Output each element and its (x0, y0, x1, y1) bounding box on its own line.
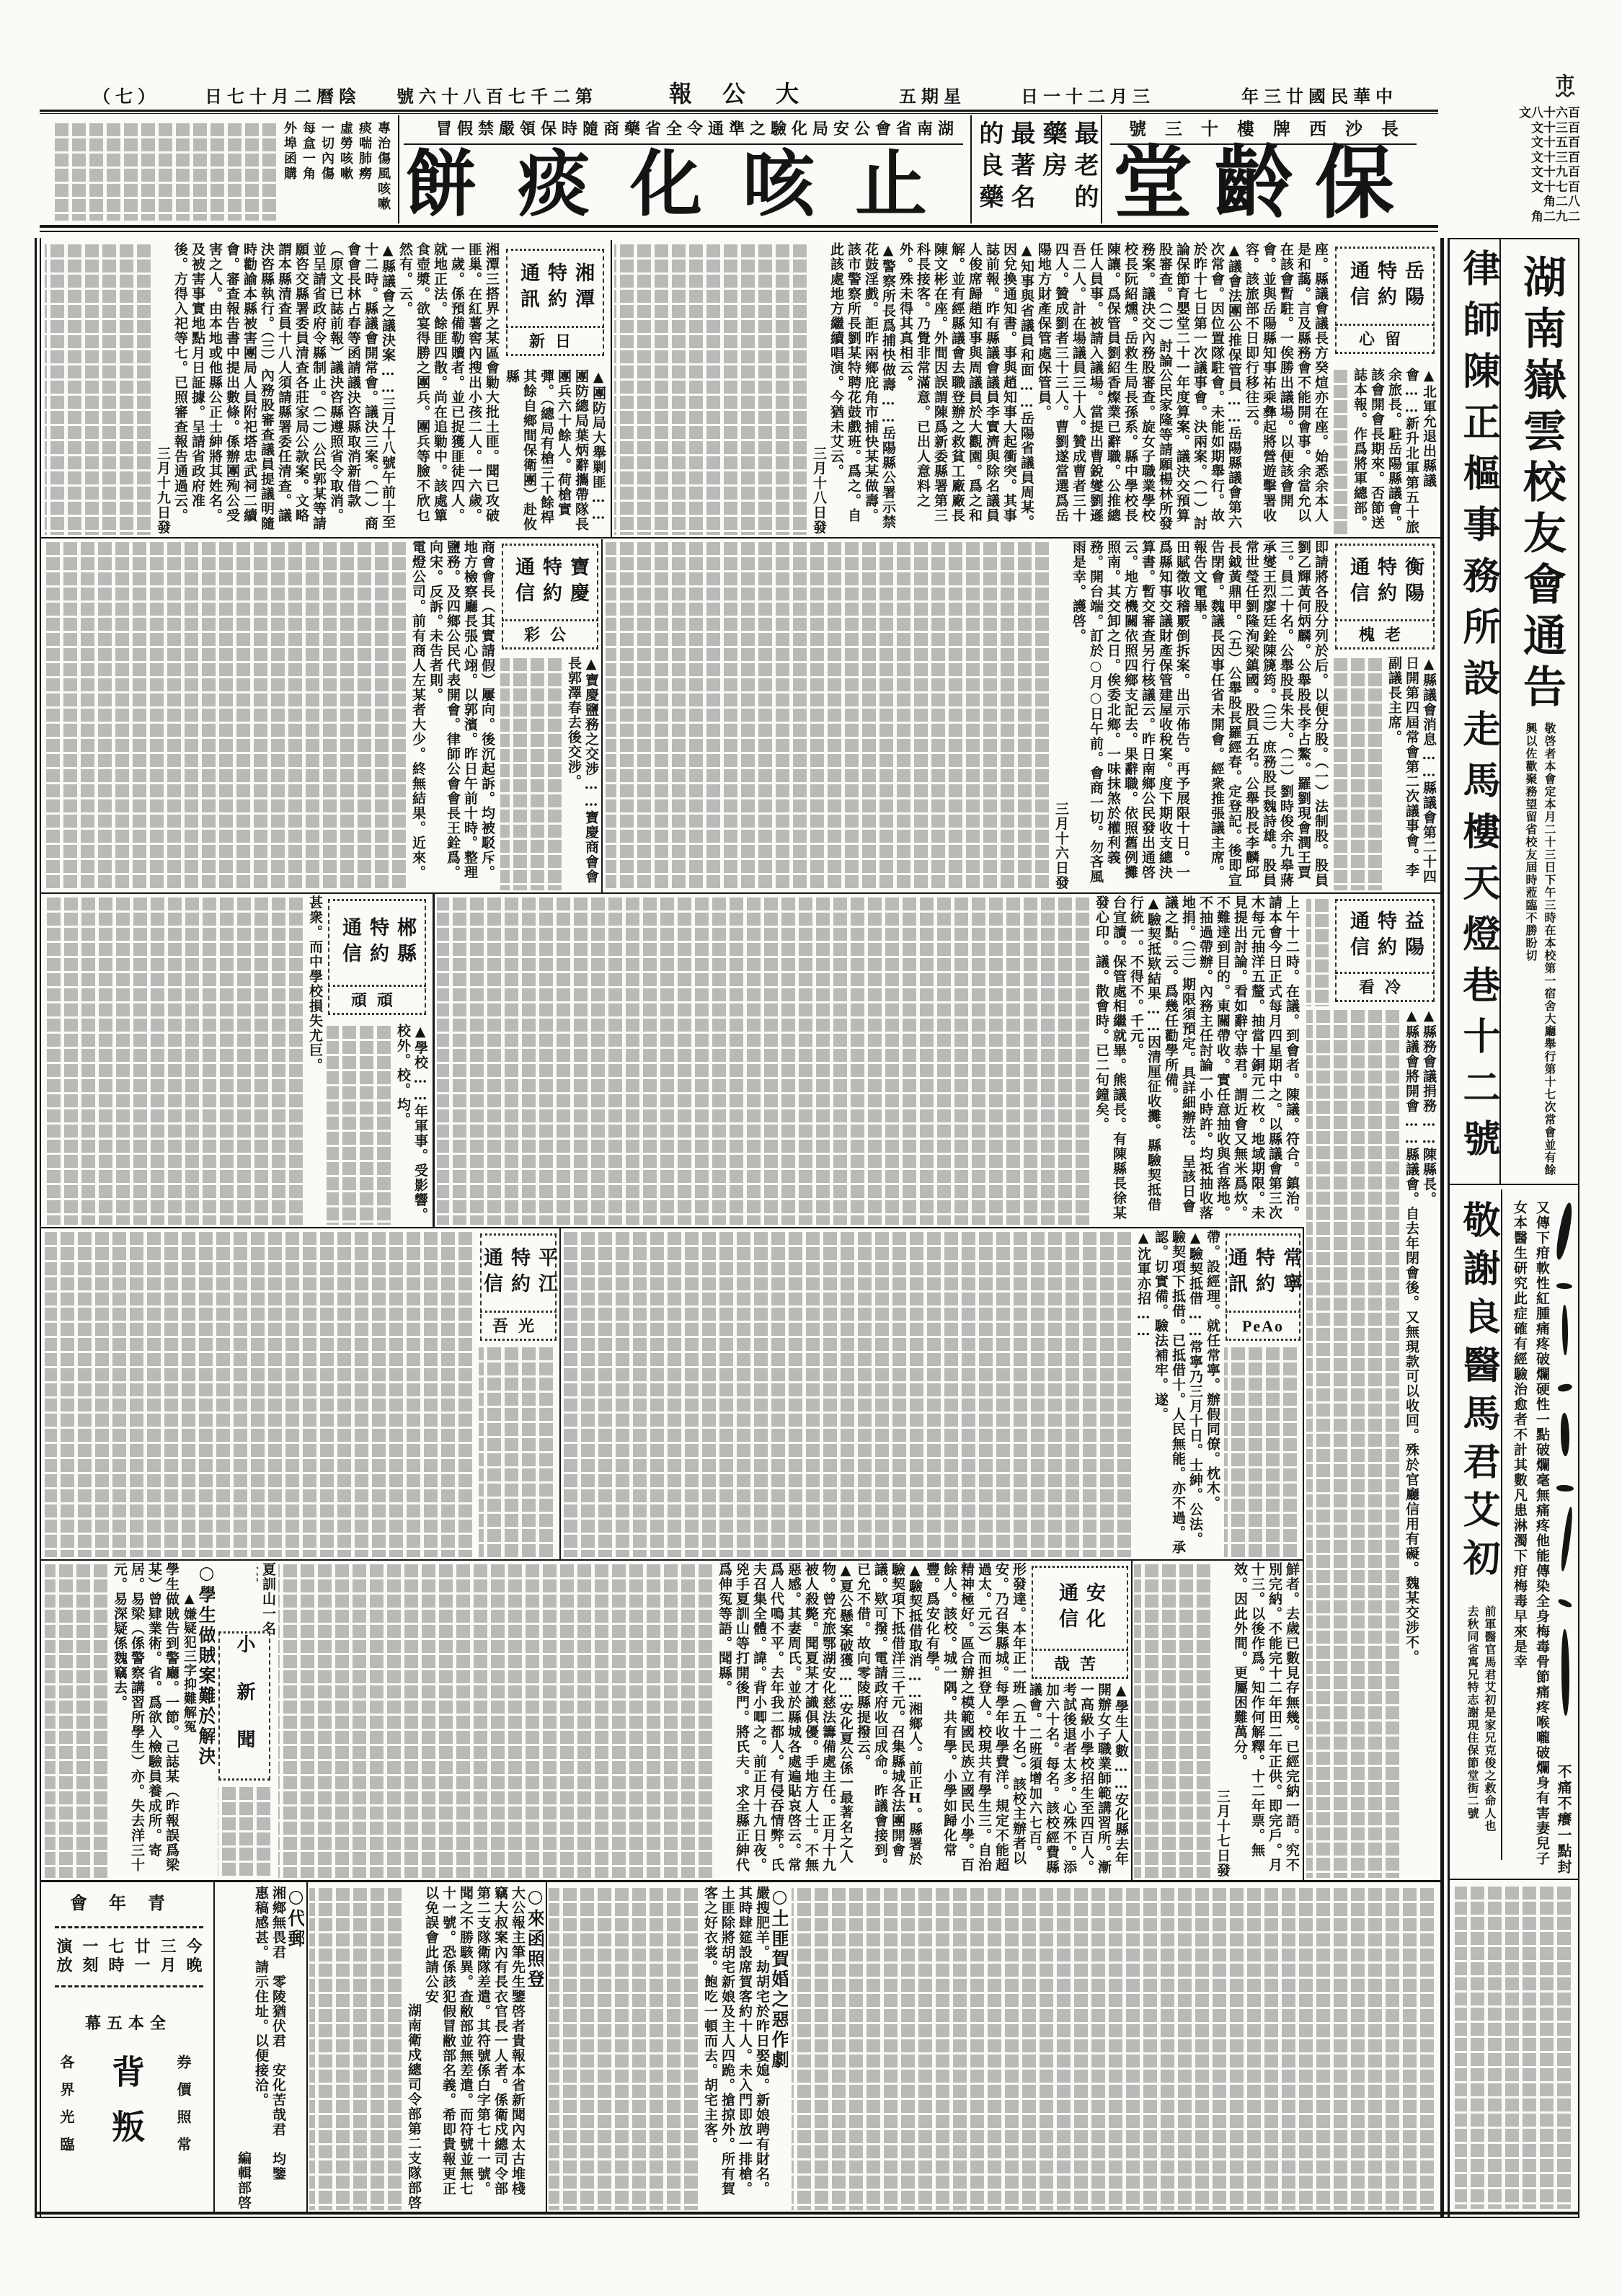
article: ▲議會法團公推保管員……岳陽縣議會第六次常會。因位置隊駐會。未能如期舉行。故於昨… (1035, 242, 1243, 535)
market-price-item: 百三十文 (1508, 151, 1580, 166)
clinic-ad-tagline: 不痛不癢一點封 (1553, 1764, 1574, 1879)
illegible-text-texture (45, 242, 154, 535)
year: 中華民國廿三年 (1241, 87, 1398, 107)
right-column-divider (1450, 1879, 1579, 1880)
small-news-title: 小新聞 (234, 1634, 255, 1778)
small-news-text: ○學生做賊案難於解決 ▲嫌疑犯三字抑難解冤 學生做賊告到警廳。一節。己誌某（昨報… (45, 1562, 215, 1878)
text-columns: 形發達。本年正一班（五十名）。該校主辦者以安。乃召集縣城。每學年收學費洋。規定不… (716, 1562, 1027, 1878)
article: ○學生做賊案難於解決 ▲嫌疑犯三字抑難解冤 學生做賊告到警廳。一節。己誌某（昨報… (111, 1562, 215, 1878)
schedule-item: 演放 (50, 1938, 76, 1975)
band-rule (41, 537, 1440, 538)
brush-stroke-icon (1562, 1305, 1568, 1355)
xiangtan-header-box: 湘潭特約通訊 (506, 249, 604, 328)
article: ▲北軍允退出縣議會……新升北軍第五十旅余旅長。駐岳陽縣議會。該會開會長期來。否節… (1351, 368, 1437, 535)
xiangtan-under-box-text: ▲團防局大舉剿匪……團防總局葉炳辭攜帶隊長團兵六十餘人。荷槍實彈。（總局有槍三十… (505, 369, 607, 535)
market-price-item: 百七十文 (1508, 180, 1580, 195)
text-columns: ▲縣務會議捐務……陳縣長。 ▲縣議會將開會……縣議會。自去年閉會後。又無現款可以… (1403, 1008, 1437, 1878)
article: ▲驗契抵借……常寧乃三月十日。士紳。公法。驗契項下抵借。已抵借十。人民無能。亦不… (1152, 1230, 1204, 1557)
ad-column: 痰喘肺癆 (355, 121, 373, 221)
certification-strip: 湖南省會公安局化驗之準通令全省藥商隨時保領嚴禁假冒 (404, 118, 959, 141)
section-title: 益陽特約通信 (1344, 910, 1426, 962)
article-body: 座。縣議會議長方癸煊亦在座。始悉余本人是和藹。言及縣務會不能開會事。余當允以在該… (1244, 242, 1329, 523)
lawyer-office-ad: 律師陳正樞事務所設走馬樓天燈巷十二號 (1458, 249, 1498, 1179)
dateline: 三月十八日發 (810, 242, 828, 535)
band-rule (41, 1880, 1440, 1882)
slogan-column: 最老的 (1068, 120, 1100, 221)
thanks-ad-title: 敬謝良醫馬君艾初 (1458, 1200, 1498, 1590)
text-columns: 即請將各股分列於后。以便分股。（一）法制股。股員劉乙輝黃何炳麟。公舉股長李占鰲。… (1052, 540, 1329, 890)
small-news-box: 小新聞 (218, 1631, 270, 1781)
article-headline: ○學生做賊案難於解決 (196, 1562, 215, 1767)
schedule-item: 七時 (102, 1938, 128, 1975)
schedule-item: 廿一 (128, 1938, 154, 1975)
article: ▲知事與省議員和面……岳陽省議員周某。因兌換通知書。事與趙知事大起衝突。其事誌前… (897, 242, 1035, 535)
dateline: 三月十六日發 (1052, 540, 1070, 890)
article: 電燈公司。前有商人左某者大少。終無結果。近來。 (409, 540, 427, 890)
ad-bottom-rule-thin (40, 231, 1438, 232)
thanks-ad-body: 前軍醫官馬君艾初是家兄克俊之救命人也去秋同省寓兄特志謝現住保節堂街二號 (1455, 1605, 1498, 1843)
bottom-border-thin (35, 2217, 1579, 2218)
correspondent-name: 日新 (506, 329, 604, 356)
column-rule (559, 1228, 561, 1559)
illegible-text-texture (1224, 1345, 1300, 1557)
text-columns: ▲學校……年軍事。受影響。校外。校。均。 (394, 1024, 429, 1225)
brush-stroke-icon (1554, 1202, 1575, 1260)
article: ▲縣議會將開會……縣議會。自去年閉會後。又無現款可以收回。殊於官廳信用有礙。魏某… (1403, 1008, 1420, 1878)
xiangtan-main-text: 湘潭三搭界之某區會勦大批土匪。聞已攻破匪巢。在紅薯窖內搜出小孩二人。一六歲。一歲… (45, 242, 500, 535)
article-headline: ▲驗契抵欵結果…… (1145, 895, 1161, 1035)
column-rule (1303, 1227, 1304, 1880)
text-columns: ○學生做賊案難於解決 ▲嫌疑犯三字抑難解冤 學生做賊告到警廳。一節。己誌某（昨報… (111, 1562, 215, 1878)
article-body: 商會會長（其實請假）屢向。後沉起訴。均被駁斥。地方檢察廳長張心翊。以郭濱。昨日午… (427, 540, 495, 880)
illegible-text-texture (500, 656, 565, 890)
market-price-item: 百三十文 (1508, 121, 1580, 136)
correspondent-name: 頑頑 (328, 988, 426, 1015)
right-column-rule (1501, 1189, 1502, 1860)
market-price-item: 二九二角 (1508, 210, 1580, 225)
column-rule (546, 1882, 547, 2212)
article-body: 湘鄉無畏君 零陵猶伏君 安化苦哉君 均鑒 惠稿感甚。請示住址。以便接洽。 (252, 1886, 287, 2210)
illegible-text-texture (1334, 656, 1386, 890)
correspondent-name: 留心 (1335, 327, 1435, 354)
correspondent-name: PeAo (1226, 1314, 1300, 1341)
article: ▲沈軍亦招…… (1135, 1230, 1152, 1557)
article-headline: ▲寶慶鹽務之交涉…… (583, 656, 599, 810)
ad-column: 一切內傷 (317, 121, 336, 221)
article: 商會會長（其實請假）屢向。後沉起訴。均被駁斥。地方檢察廳長張心翊。以郭濱。昨日午… (427, 540, 496, 890)
welcome-note: 各界光臨 (56, 2055, 77, 2170)
illegible-text-texture (614, 242, 810, 535)
article-headline: ▲沈軍亦招…… (1135, 1230, 1151, 1340)
hengyang-header-box: 衡陽特約通信 (1335, 544, 1435, 621)
ad-column: 虛勞咳嗽 (336, 121, 355, 221)
text-columns: ▲學生人數……安化縣去年開辦女子職業師範講習所。漸一高級小學校招生至四百人。考試… (1030, 1683, 1130, 1878)
article: ▲縣議會之議決案……三月十八號午前十至十二時。縣議會開常會。議決三案。（一）商會… (172, 242, 396, 535)
ticket-price-note: 券價照常 (173, 2055, 194, 2170)
article-headline: ○來函照登 (525, 1886, 544, 1990)
ad-divider (970, 115, 972, 223)
article-body: 陳縣長。 (1421, 1148, 1437, 1207)
article-headline: ▲警察所長爲捕快做壽…… (880, 242, 896, 426)
article-headline: ▲縣議會之議決案…… (380, 242, 396, 396)
text-columns: 湘潭三搭界之某區會勦大批土匪。聞已攻破匪巢。在紅薯窖內搜出小孩二人。一六歲。一歲… (154, 242, 500, 535)
text-columns: 上午十二時。在議。到會者。陳議。符合。鎮治。請本會今日正式每月四星期中之。以縣議… (1093, 895, 1300, 1225)
clinic-ad-body: 又傳下疳軟性紅腫痛疼破爛硬性一點破爛毫無痛疼他能傳染全身梅毒骨節痛疼喉嚨破爛身有… (1507, 1200, 1553, 1871)
market-price-list: 百六十八文 百三十文 百五十文 百三十文 百九十文 百七十文 八二角 二九二角 (1508, 106, 1580, 224)
column-rule (611, 240, 612, 537)
article: ▲驗契抵欵結果……因清厘征收攤。縣驗契抵借行統一。不得不。千元。 (1127, 895, 1162, 1225)
illegible-text-texture (278, 1562, 716, 1878)
section-title: 岳陽特約通信 (1344, 260, 1426, 312)
market-price-item: 百六十八文 (1508, 106, 1580, 121)
market-price-item: 百九十文 (1508, 165, 1580, 180)
illegible-text-texture (52, 121, 280, 221)
article-body: 大公報主筆先生鑒啓者貴報本省新聞內太古堆棧竊大叔案內有長衣官長一人者。係衛戍總司… (422, 1886, 526, 2210)
section-title: 衡陽特約通信 (1344, 557, 1426, 608)
illegible-text-texture (45, 1562, 111, 1878)
illegible-text-texture (479, 1345, 557, 1557)
brush-stroke-icon (1561, 1629, 1569, 1716)
product-name: 止咳化痰餅 (405, 144, 967, 223)
column-rule (1131, 1561, 1133, 1880)
section-title: 郴縣特約通信 (336, 917, 418, 969)
pingjiang-illegible-text (45, 1230, 476, 1557)
article: 湘潭三搭界之某區會勦大批土匪。聞已攻破匪巢。在紅薯窖內搜出小孩二人。一六歲。一歲… (396, 242, 500, 535)
yiyang-side-strip-text: ▲縣務會議捐務……陳縣長。 ▲縣議會將開會……縣議會。自去年閉會後。又無現款可以… (1306, 1008, 1437, 1878)
yueyang-under-box-text: ▲北軍允退出縣議會……新升北軍第五十旅余旅長。駐岳陽縣議會。該會開會長期來。否節… (1334, 368, 1437, 535)
article-headline: ▲縣議會消息…… (1421, 656, 1437, 781)
article: ▲寶慶鹽務之交涉……寶慶商會會長郭澤春去後交涉。 (565, 656, 600, 890)
lunar-date: 陰曆二月十七日 (205, 87, 361, 107)
right-column-divider (1450, 1184, 1579, 1185)
article-headline: ▲知事與省議員和面…… (1019, 242, 1034, 412)
article-body: 岳陽縣議會第六次常會。因位置隊駐會。未能如期舉行。故於昨十七日第一次議事會。決兩… (1036, 242, 1242, 531)
schedule-item: 今晚 (180, 1938, 206, 1975)
article: 鮮者。去歲已數見存無幾。已經完納一語。究不別完納。不能完十二年田二年正供。即完戶… (1231, 1562, 1300, 1878)
baoqing-main-text: 商會會長（其實請假）屢向。後沉起訴。均被駁斥。地方檢察廳長張心翊。以郭濱。昨日午… (45, 540, 496, 890)
article-body: 學生做賊告到警廳。一節。己誌某（昨報誤爲梁某）曾肄業術。省。爲欲入檢驗員養成所。… (111, 1562, 180, 1878)
article-headline: ▲驗契抵借取消…… (907, 1562, 923, 1702)
newspaper-page: （七） 陰曆二月十七日 第二千七百八十六號 大公報 星期五 三月二十一日 中華民… (0, 0, 1622, 2296)
article-body: 田賦徵收稽覈倒拆案。出示佈告。再予展限十日。一爲縣知事交議財產保管建屋收稅案。度… (1071, 540, 1190, 885)
article: ○來函照登 (526, 1886, 544, 2210)
hengyang-main-text: 即請將各股分列於后。以便分股。（一）法制股。股員劉乙輝黃何炳麟。公舉股長李占鰲。… (606, 540, 1329, 890)
decorative-divider (55, 1926, 203, 1928)
illegible-text-texture (45, 540, 409, 890)
article-headline: ○代郵 (285, 1886, 304, 1949)
article-body: 縣議會。自去年閉會後。又無現款可以收回。殊於官廳信用有礙。魏某交涉不。 (1404, 1148, 1419, 1665)
text-columns: ○來函照登 大公報主筆先生鑒啓者貴報本省新聞內太古堆棧竊大叔案內有長衣官長一人者… (405, 1886, 544, 2210)
band-rule (41, 1559, 1303, 1561)
ad-bottom-rule (40, 225, 1438, 228)
column-rule (213, 1882, 215, 2212)
pingjiang-header-box: 平江特約通信 (480, 1233, 557, 1313)
article: ▲縣務會議捐務……陳縣長。 (1420, 1008, 1437, 1878)
section-title: 寶慶特約通信 (509, 557, 591, 608)
yiyang-main-text: 上午十二時。在議。到會者。陳議。符合。鎮治。請本會今日正式每月四星期中之。以縣議… (437, 895, 1300, 1225)
column-rule (601, 539, 603, 892)
article: ▲縣議會消息……縣議會第二十四日開第四屆常會第二次議事會。李副議長主席。 (1386, 656, 1437, 890)
schedule-item: 三月 (154, 1938, 180, 1975)
article-body: 形發達。本年正一班（五十名）。該校主辦者以安。乃召集縣城。每學年收學費洋。規定不… (924, 1562, 1027, 1873)
article-body: 甚衆。而中學校損失尤巨。 (307, 895, 323, 1073)
article-body: 嚴搜肥羊。劫胡宅於昨日娶媳。新娘聘有財名。其時肆筵設席賀客約十人。未入門即放一排… (701, 1886, 771, 2210)
article: 即請將各股分列於后。以便分股。（一）法制股。股員劉乙輝黃何炳麟。公舉股長李占鰲。… (1191, 540, 1329, 890)
article: ○代郵 (287, 1886, 304, 2210)
text-columns: 帶。設經理。就任常寧。辦假同僚。枕木。 ▲驗契抵借……常寧乃三月十日。士紳。公法… (1135, 1230, 1221, 1557)
right-column-top-rule (1450, 238, 1579, 239)
article-headline: ▲縣務會議捐務…… (1421, 1008, 1437, 1148)
letter-to-editor: ○來函照登 大公報主筆先生鑒啓者貴報本省新聞內太古堆棧竊大叔案內有長衣官長一人者… (309, 1886, 544, 2210)
band-rule (41, 1227, 1303, 1228)
text-columns: ▲寶慶鹽務之交涉……寶慶商會會長郭澤春去後交涉。 (565, 656, 600, 890)
illegible-text-texture (1334, 368, 1351, 535)
issue-number: 第二千七百八十六號 (396, 87, 598, 107)
article-body: 湘潭三搭界之某區會勦大批土匪。聞已攻破匪巢。在紅薯窖內搜出小孩二人。一六歲。一歲… (397, 242, 500, 523)
baoqing-header-box: 寶慶特約通信 (502, 544, 598, 621)
article: 上午十二時。在議。到會者。陳議。符合。鎮治。請本會今日正式每月四星期中之。以縣議… (1162, 895, 1300, 1225)
ad-column: 外埠函購 (280, 121, 298, 221)
page-right-border (1578, 238, 1579, 2217)
article: 帶。設經理。就任常寧。辦假同僚。枕木。 (1204, 1230, 1221, 1557)
decorative-brush-title (1555, 1197, 1578, 1745)
column-rule (433, 894, 435, 1227)
article: ▲團防局大舉剿匪……團防總局葉炳辭攜帶隊長團兵六十餘人。荷槍實彈。（總局有槍三十… (505, 369, 607, 535)
chenxian-main-text: 甚衆。而中學校損失尤巨。 (45, 895, 324, 1225)
text-columns: 鮮者。去歲已數見存無幾。已經完納一語。究不別完納。不能完十二年田二年正供。即完戶… (1214, 1562, 1300, 1878)
text-columns: ○土匪賀婚之惡作劇 嚴搜肥羊。劫胡宅於昨日娶媳。新娘聘有財名。其時肆筵設席賀客約… (701, 1886, 788, 2210)
program-note: 全本五幕 (45, 2011, 212, 2034)
yueyang-header-box: 岳陽特約通信 (1335, 247, 1435, 326)
correspondent-name: 公彩 (502, 623, 598, 650)
ad-column: 每盒一角 (298, 121, 317, 221)
article-headline: ▲夏公懸案破獲…… (838, 1562, 854, 1702)
section-title: 常寧特約通訊 (1222, 1247, 1304, 1299)
section-title: 安化通信 (1052, 1582, 1107, 1634)
article-body: 台宣讀。保管處相繼就畢。熊議長。有陳縣長徐某發心印。議。散會時。已二句鐘矣。 (1094, 895, 1127, 1220)
brush-stroke-icon (1556, 1283, 1572, 1289)
dateline: 三月十七日發 (1214, 1562, 1231, 1878)
article-subheadline: ▲嫌疑犯三字抑難解冤 (180, 1562, 198, 1878)
schedule-item: 一刻 (76, 1938, 102, 1975)
illegible-text-texture (564, 1230, 1135, 1557)
right-column-rule (1499, 239, 1501, 1184)
qingnianhui-title: 青年會 (45, 1889, 212, 1914)
changning-continuation-text: 鮮者。去歲已數見存無幾。已經完納一語。究不別完納。不能完十二年田二年正供。即完戶… (1134, 1562, 1300, 1878)
illegible-text-block (1455, 1884, 1574, 2209)
anhua-header-box: 安化通信 (1032, 1566, 1128, 1651)
correspondent-name: 冷看 (1335, 975, 1435, 1002)
yueyun-notice-title: 湖南嶽雲校友會通告 (1516, 254, 1566, 719)
illegible-text-texture (1134, 1562, 1214, 1878)
text-columns: 專治傷風咳嗽 痰喘肺癆 虛勞咳嗽 一切內傷 每盒一角 外埠函購 (280, 121, 392, 221)
yiyang-header-box: 益陽特約通信 (1335, 899, 1435, 974)
article-body: 團防總局葉炳辭攜帶隊長團兵六十餘人。荷槍實彈。（總局有槍三十餘桿其餘自鄉間保衛團… (505, 369, 589, 532)
article-body: 帶。設經理。就任常寧。辦假同僚。枕木。 (1205, 1230, 1220, 1511)
text-columns: ▲縣議會消息……縣議會第二十四日開第四屆常會第二次議事會。李副議長主席。 (1386, 656, 1437, 890)
anhua-under-box-text: ▲學生人數……安化縣去年開辦女子職業師範講習所。漸一高級小學校招生至四百人。考試… (1030, 1683, 1130, 1878)
article: ▲學校……年軍事。受影響。校外。校。均。 (394, 1024, 429, 1225)
text-columns: 甚衆。而中學校損失尤巨。 (306, 895, 324, 1225)
editor-mail-notice: ○代郵 湘鄉無畏君 零陵猶伏君 安化苦哉君 均鑒 惠稿感甚。請示住址。以便接洽。… (216, 1886, 304, 2210)
correspondent-name: 苦哉 (1032, 1652, 1128, 1679)
page-number: （七） (93, 87, 160, 107)
article: 形發達。本年正一班（五十名）。該校主辦者以安。乃召集縣城。每學年收學費洋。規定不… (923, 1562, 1027, 1878)
text-columns: 座。縣議會議長方癸煊亦在座。始悉余本人是和藹。言及縣務會不能開會事。余當允以在該… (810, 242, 1329, 535)
slogan-column: 最著名 (1005, 120, 1037, 221)
paper-name: 大公報 (669, 84, 829, 104)
article: ○土匪賀婚之惡作劇 (771, 1886, 788, 2210)
article-headline: ▲縣議會將開會…… (1404, 1008, 1419, 1148)
article-headline: ▲驗契抵借…… (1187, 1230, 1203, 1340)
market-price-label: 市 (1556, 69, 1574, 96)
band-rule (41, 892, 1440, 894)
text-columns: ▲北軍允退出縣議會……新升北軍第五十旅余旅長。駐岳陽縣議會。該會開會長期來。否節… (1351, 368, 1437, 535)
brush-stroke-icon (1557, 1383, 1573, 1393)
chenxian-header-box: 郴縣特約通信 (328, 899, 426, 987)
illegible-text-texture (549, 1886, 701, 2210)
bottom-border (35, 2212, 1579, 2215)
market-price-item: 百五十文 (1508, 136, 1580, 151)
text-columns: ○代郵 湘鄉無畏君 零陵猶伏君 安化苦哉君 均鑒 惠稿感甚。請示住址。以便接洽。… (235, 1886, 304, 2210)
illegible-text-texture (606, 540, 1052, 890)
anhua-main-text: 形發達。本年正一班（五十名）。該校主辦者以安。乃召集縣城。每學年收學費洋。規定不… (278, 1562, 1027, 1878)
masthead-rule-thin (40, 113, 1438, 114)
signature: 湖南衛戍總司令部第二支隊部啓 (405, 1886, 422, 2210)
ad-divider (1101, 115, 1102, 223)
dateline: 三月十九日發 (154, 242, 172, 535)
brush-stroke-icon (1561, 1413, 1569, 1456)
signature: 編輯部啓 (235, 1886, 252, 2210)
date: 三月二十一日 (1021, 87, 1155, 107)
text-columns: ▲團防局大舉剿匪……團防總局葉炳辭攜帶隊長團兵六十餘人。荷槍實彈。（總局有槍三十… (505, 369, 607, 535)
hengyang-under-box-text: ▲縣議會消息……縣議會第二十四日開第四屆常會第二次議事會。李副議長主席。 (1334, 656, 1437, 890)
weekday: 星期五 (899, 87, 966, 107)
slogan-column: 的良藥 (973, 120, 1005, 221)
baoqing-under-box-text: ▲寶慶鹽務之交涉……寶慶商會會長郭澤春去後交涉。 (500, 656, 600, 890)
article: 甚衆。而中學校損失尤巨。 (306, 895, 324, 1225)
market-price-item: 八二角 (1508, 195, 1580, 210)
article: ▲夏公懸案破獲……安化夏公係一最著名之人物。曾充旅鄂湖安化慈法籌備處主任。正月十… (716, 1562, 854, 1878)
illegible-text-texture (1306, 897, 1332, 1006)
slogan-column: 藥房 (1037, 120, 1068, 221)
illegible-text-texture (327, 1024, 394, 1225)
changning-main-text: 帶。設經理。就任常寧。辦假同僚。枕木。 ▲驗契抵借……常寧乃三月十日。士紳。公法… (564, 1230, 1221, 1557)
right-column-border (1440, 238, 1444, 2217)
right-column-border-inner (1448, 238, 1450, 2217)
illegible-text-block (792, 1886, 1437, 2210)
changning-header-box: 常寧特約通訊 (1226, 1233, 1300, 1313)
column-rule (306, 1882, 308, 2212)
article: ▲學生人數……安化縣去年開辦女子職業師範講習所。漸一高級小學校招生至四百人。考試… (1030, 1683, 1130, 1878)
article-body: 鮮者。去歲已數見存無幾。已經完納一語。究不別完納。不能完十二年田二年正供。即完戶… (1232, 1562, 1300, 1873)
article-body: 三月十八號午前十至十二時。縣議會開常會。議決三案。（一）商會會長林占春等函請議決… (172, 242, 396, 531)
article-headline: ▲團防局大舉剿匪…… (590, 369, 606, 523)
illegible-text-texture (218, 1785, 274, 1877)
brand-name: 保齡堂 (1113, 143, 1416, 223)
article: ▲警察所長爲捕快做壽……岳陽縣公署示禁花鼓淫戲。詎昨兩鄉庇角市捕快某某做壽。該市… (828, 242, 897, 535)
illegible-text-texture (309, 1886, 405, 2210)
illegible-text-texture (45, 895, 306, 1225)
ad-divider (398, 115, 399, 223)
article: 田賦徵收稽覈倒拆案。出示佈告。再予展限十日。一爲縣知事交議財產保管建屋收稅案。度… (1070, 540, 1191, 890)
bandit-wedding-article: ○土匪賀婚之惡作劇 嚴搜肥羊。劫胡宅於昨日娶媳。新娘聘有財名。其時肆筵設席賀客約… (549, 1886, 788, 2210)
article-body: 岳陽省議員周某。因兌換通知書。事與趙知事大起衝突。其事誌前報。昨有縣議會議員李實… (898, 242, 1034, 530)
illegible-text-texture (437, 895, 1093, 1225)
text-columns: 商會會長（其實請假）屢向。後沉起訴。均被駁斥。地方檢察廳長張心翊。以郭濱。昨日午… (409, 540, 496, 890)
article: 座。縣議會議長方癸煊亦在座。始悉余本人是和藹。言及縣務會不能開會事。余當允以在該… (1243, 242, 1329, 535)
chenxian-under-box-text: ▲學校……年軍事。受影響。校外。校。均。 (327, 1024, 429, 1225)
article-headline: ▲議會法團公推保管員…… (1226, 242, 1242, 426)
correspondent-name: 老槐 (1335, 623, 1435, 650)
brush-stroke-icon (1559, 1507, 1574, 1572)
brush-stroke-icon (1556, 1485, 1574, 1491)
section-title: 平江特約通信 (477, 1247, 559, 1299)
yueyang-main-text: 座。縣議會議長方癸煊亦在座。始悉余本人是和藹。言及縣務會不能開會事。余當允以在該… (614, 242, 1329, 535)
article: ▲驗契抵借取消……湘鄉人。前正H。縣署於驗契項下抵借洋三千元。召集縣城各法團開會… (854, 1562, 923, 1878)
article-headline: ○土匪賀婚之惡作劇 (769, 1886, 788, 2070)
masthead-rule (40, 110, 1438, 112)
illegible-text-texture (1306, 1008, 1403, 1878)
cough-cake-ad-description: 專治傷風咳嗽 痰喘肺癆 虛勞咳嗽 一切內傷 每盒一角 外埠函購 (52, 121, 392, 221)
yueyun-notice-body: 敬啓者本會定本月二十三日下午三時在本校第一宿舍大廳舉行第十七次常會並有餘興以佐歡… (1518, 722, 1559, 1176)
decorative-divider (55, 1985, 203, 1987)
brush-stroke-icon (1557, 1598, 1573, 1608)
article-body: 上午十二時。在議。到會者。陳議。符合。鎮治。請本會今日正式每月四星期中之。以縣議… (1163, 895, 1300, 1220)
correspondent-name: 光吾 (480, 1314, 557, 1341)
slogan-block: 最老的 藥房 最著名 的良藥 (973, 120, 1100, 221)
left-border (35, 238, 37, 2217)
screening-schedule: 今晚 三月 廿一 七時 一刻 演放 (50, 1938, 206, 1975)
article-headline: ▲學校…… (412, 1024, 428, 1104)
feature-title: 背叛 (108, 2055, 144, 2164)
article-body: 即請將各股分列於后。以便分股。（一）法制股。股員劉乙輝黃何炳麟。公舉股長李占鰲。… (1192, 540, 1329, 888)
ad-column: 專治傷風咳嗽 (373, 121, 392, 221)
article-body: 安化夏公係一最著名之人物。曾充旅鄂湖安化慈法籌備處主任。正月十九被人殺斃。聞夏某… (717, 1562, 854, 1873)
article-body: 電燈公司。前有商人左某者大少。終無結果。近來。 (410, 540, 426, 880)
section-title: 湘潭特約通訊 (514, 262, 596, 314)
article: 台宣讀。保管處相繼就畢。熊議長。有陳縣長徐某發心印。議。散會時。已二句鐘矣。 (1093, 895, 1127, 1225)
article-headline: ▲學生人數…… (1113, 1683, 1129, 1793)
